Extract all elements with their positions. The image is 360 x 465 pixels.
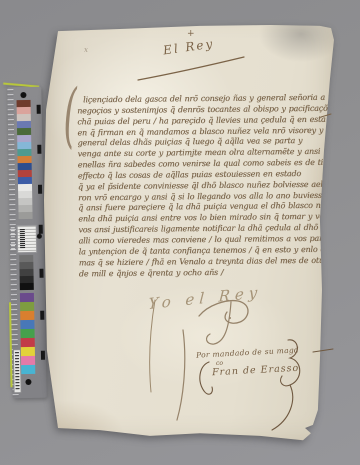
- color-patch: [21, 347, 35, 356]
- target-brand-marking: [11, 227, 15, 249]
- photograph-of-manuscript: x + El Rey ( liçençiado dela gasca del n…: [0, 0, 360, 465]
- pencil-mark: x: [84, 46, 88, 54]
- target-side-mark: [37, 145, 41, 154]
- target-registration-dot-top: [20, 92, 26, 98]
- target-side-mark: [38, 185, 42, 194]
- target-upper-color-patches: [17, 100, 32, 184]
- color-patch: [20, 302, 34, 311]
- royal-signature: Yo el Rey: [148, 283, 263, 313]
- target-registration-dot-bottom: [25, 379, 31, 385]
- color-patch: [20, 320, 34, 329]
- color-patch: [21, 365, 35, 374]
- target-light-gray-ramp: [18, 184, 33, 219]
- target-side-mark: [39, 269, 43, 278]
- attestation-line: Por mandado de su magd: [196, 345, 299, 359]
- gray-patch: [18, 212, 32, 219]
- color-patch: [20, 311, 34, 320]
- color-patch: [21, 329, 35, 338]
- invocation-cross: +: [187, 29, 195, 39]
- opening-bracket-mark: (: [64, 76, 77, 157]
- target-dark-gray-ramp: [19, 255, 34, 290]
- target-barcode-label: [13, 349, 22, 393]
- gray-patch: [20, 283, 34, 290]
- color-patch: [21, 356, 35, 365]
- document-heading: El Rey: [162, 36, 215, 57]
- body-text-line: de mill e q̃njos e q̃renta y ocho añs /: [79, 266, 332, 279]
- manuscript-paper-wrap: x + El Rey ( liçençiado dela gasca del n…: [44, 8, 336, 445]
- color-calibration-target: [7, 87, 46, 399]
- secretary-signature: Fran de Erasso: [212, 363, 300, 379]
- color-patch: [21, 338, 35, 347]
- color-patch: [20, 293, 34, 302]
- body-text: liçençiado dela gasca del nrõ consejo ña…: [77, 93, 332, 280]
- manuscript-paper: x + El Rey ( liçençiado dela gasca del n…: [44, 8, 336, 445]
- target-side-mark: [37, 105, 41, 114]
- target-label-sticker: [17, 225, 37, 253]
- target-registration-dot-mid: [37, 234, 42, 239]
- target-lower-color-patches: [20, 293, 35, 374]
- target-side-mark: [39, 225, 43, 234]
